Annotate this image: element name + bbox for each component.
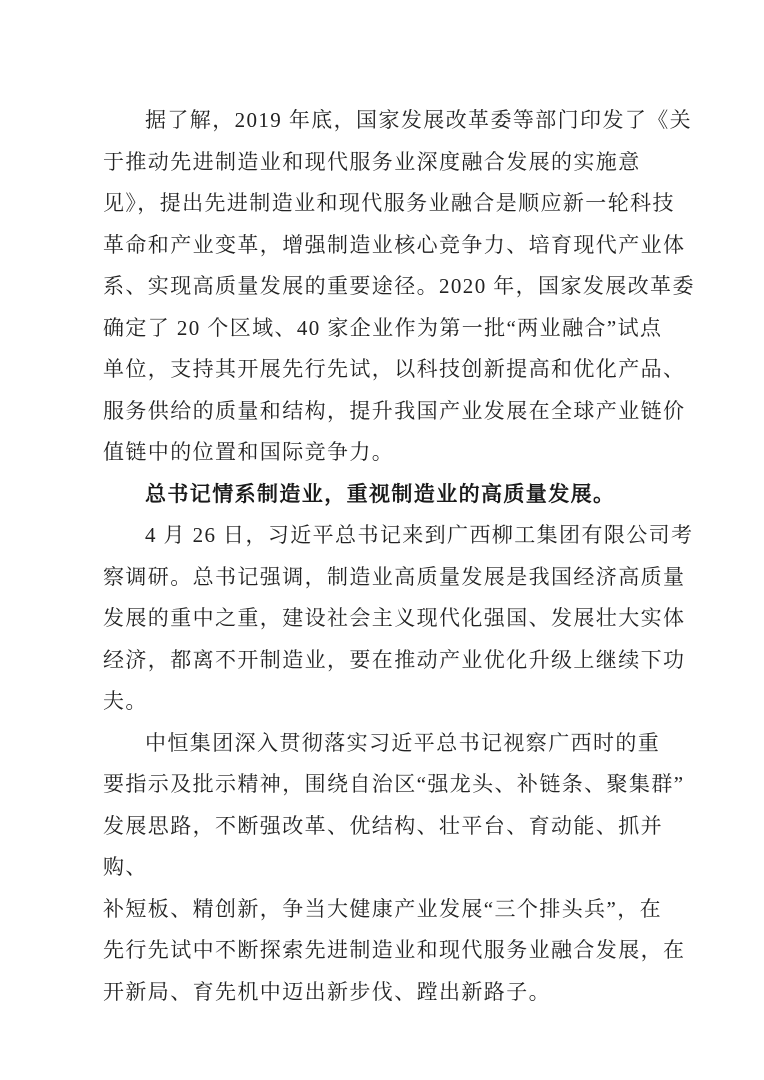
document-page: 据了解，2019 年底，国家发展改革委等部门印发了《关 于推动先进制造业和现代服… <box>0 0 764 1080</box>
paragraph-inspection-visit: 4 月 26 日，习近平总书记来到广西柳工集团有限公司考 察调研。总书记强调，制… <box>103 515 705 723</box>
paragraph-zhongheng-group-implementation: 中恒集团深入贯彻落实习近平总书记视察广西时的重 要指示及批示精神，围绕自治区“强… <box>103 723 705 1014</box>
section-heading-manufacturing-quality: 总书记情系制造业，重视制造业的高质量发展。 <box>103 474 705 516</box>
paragraph-policy-background: 据了解，2019 年底，国家发展改革委等部门印发了《关 于推动先进制造业和现代服… <box>103 100 705 474</box>
document-text-block: 据了解，2019 年底，国家发展改革委等部门印发了《关 于推动先进制造业和现代服… <box>103 100 705 1013</box>
